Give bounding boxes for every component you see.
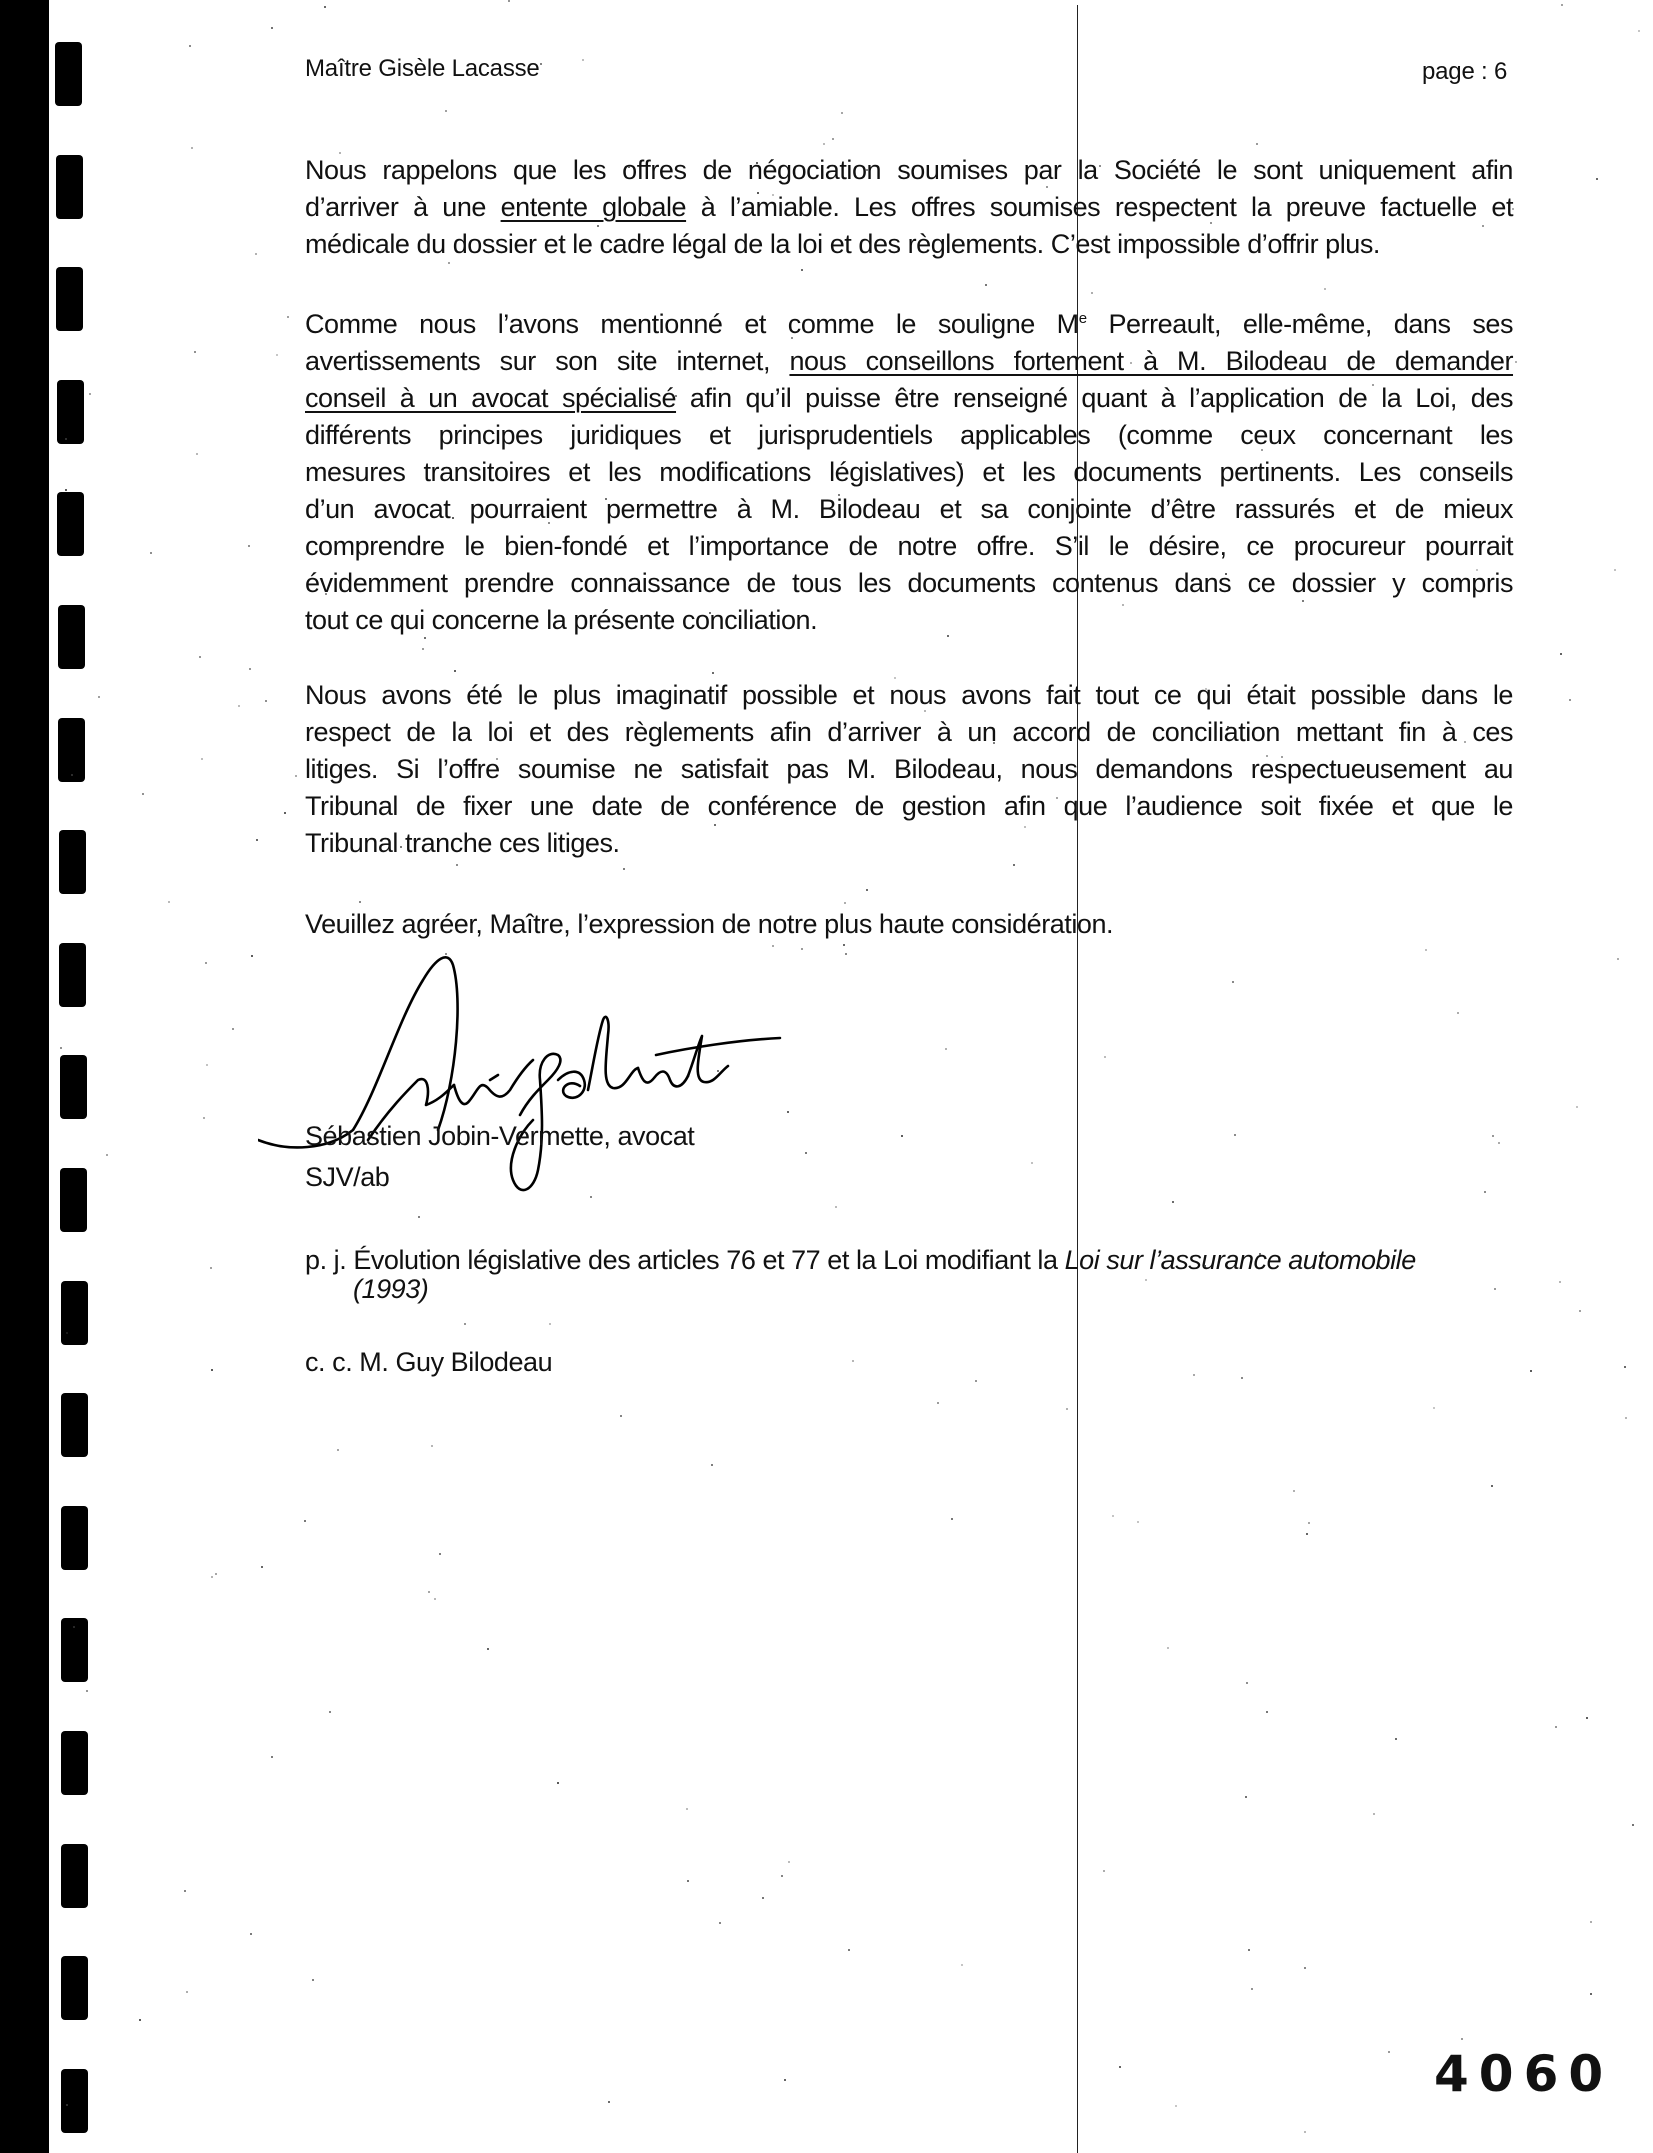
scan-speck	[1579, 1310, 1581, 1312]
scan-speck	[1560, 653, 1562, 655]
scan-speck	[184, 1890, 186, 1892]
scan-speck	[1324, 288, 1326, 290]
scan-speck	[1372, 384, 1374, 386]
scan-speck	[772, 945, 774, 947]
scan-speck	[329, 1711, 331, 1713]
scan-speck	[428, 1591, 430, 1593]
scan-speck	[951, 1518, 953, 1520]
scan-speck	[186, 1991, 188, 1993]
underlined-text: conseil à un avocat spécialisé	[305, 383, 676, 413]
scan-speck	[456, 864, 458, 866]
scan-speck	[712, 672, 714, 674]
scan-speck	[801, 948, 803, 950]
scan-speck	[201, 758, 203, 760]
binder-hole-mark	[61, 1393, 88, 1457]
scan-speck	[1515, 361, 1517, 363]
scan-speck	[1225, 573, 1227, 575]
scan-speck	[424, 637, 426, 639]
scan-speck	[1304, 1967, 1306, 1969]
binder-hole-mark	[57, 380, 84, 444]
scan-speck	[1167, 1647, 1169, 1649]
scan-speck	[1632, 1824, 1634, 1826]
scan-speck	[1617, 958, 1619, 960]
paragraph-line: mesures transitoires et les modification…	[305, 454, 1513, 491]
scan-speck	[443, 358, 445, 360]
scan-speck	[605, 498, 607, 500]
text-run: d’un avocat pourraient permettre à M. Bi…	[305, 494, 1513, 524]
scan-speck	[206, 1064, 208, 1066]
scan-speck	[168, 901, 170, 903]
carbon-copy: c. c. M. Guy Bilodeau	[305, 1344, 1513, 1381]
scan-speck	[439, 1553, 441, 1555]
scan-speck	[841, 112, 843, 114]
scan-speck	[304, 1520, 306, 1522]
scan-speck	[1013, 864, 1015, 866]
paragraph-line: Comme nous l’avons mentionné et comme le…	[305, 306, 1513, 343]
scan-speck	[1122, 768, 1124, 770]
scan-speck	[89, 393, 91, 395]
scan-speck	[838, 494, 840, 496]
enclosure-line: p. j. Évolution législative des articles…	[305, 1242, 1513, 1279]
scan-speck	[1031, 1162, 1033, 1164]
text-run: Tribunal de fixer une date de conférence…	[305, 791, 1513, 821]
scan-speck	[1614, 569, 1616, 571]
scan-speck	[1302, 600, 1304, 602]
scan-speck	[205, 962, 207, 964]
scan-speck	[431, 1445, 433, 1447]
scan-speck	[848, 1949, 850, 1951]
scan-speck	[1172, 1201, 1174, 1203]
signature-block: Sébastien Jobin-Vermette, avocat	[305, 1118, 1513, 1155]
scan-speck	[762, 1897, 764, 1899]
scan-speck	[189, 45, 191, 47]
superscript: e	[1079, 310, 1087, 327]
scan-speck	[548, 522, 550, 524]
scan-speck	[985, 284, 987, 286]
binder-hole-mark	[59, 943, 86, 1007]
scan-speck	[1494, 1288, 1496, 1290]
binder-hole-mark	[56, 155, 83, 219]
scan-speck	[1246, 1682, 1248, 1684]
scan-speck	[717, 1070, 719, 1072]
scan-speck	[324, 6, 326, 8]
scan-speck	[1425, 949, 1427, 951]
scan-speck	[1232, 981, 1234, 983]
scan-speck	[1281, 756, 1283, 758]
scan-speck	[98, 696, 100, 698]
scan-speck	[866, 169, 868, 171]
initials-block: SJV/ab	[305, 1159, 1513, 1196]
binder-hole-mark	[57, 492, 84, 556]
scan-speck	[709, 612, 711, 614]
paragraph-line: avertissements sur son site internet, no…	[305, 343, 1513, 380]
enclosure-block: p. j. Évolution législative des articles…	[305, 1242, 1513, 1308]
scan-speck	[1245, 1796, 1247, 1798]
reference-initials: SJV/ab	[305, 1159, 1513, 1196]
scan-speck	[844, 902, 846, 904]
scan-speck	[1227, 726, 1229, 728]
scan-speck	[487, 1648, 489, 1650]
closing-line: Veuillez agréer, Maître, l’expression de…	[305, 906, 1513, 943]
scan-speck	[196, 453, 198, 455]
scan-speck	[1372, 363, 1374, 365]
scan-speck	[711, 1464, 713, 1466]
scan-speck	[1046, 186, 1048, 188]
binder-hole-mark	[58, 605, 85, 669]
scan-speck	[795, 540, 797, 542]
scan-speck	[1256, 143, 1258, 145]
scan-speck	[1433, 1407, 1435, 1409]
scan-speck	[1205, 688, 1207, 690]
scan-speck	[400, 846, 402, 848]
scan-speck	[1261, 449, 1263, 451]
bates-stamp-number: 4060	[1434, 2045, 1613, 2103]
scan-speck	[1175, 2105, 1177, 2107]
binder-hole-mark	[61, 1844, 88, 1908]
scan-speck	[866, 889, 868, 891]
scan-speck	[508, 0, 510, 2]
scan-speck	[1304, 2131, 1306, 2133]
scan-speck	[540, 63, 542, 65]
scan-speck	[1569, 699, 1571, 701]
scan-speck	[1590, 1921, 1592, 1923]
text-run: à l’amiable. Les offres soumises respect…	[686, 192, 1513, 222]
scan-speck	[142, 793, 144, 795]
scan-speck	[832, 138, 834, 140]
scan-speck	[1457, 1012, 1459, 1014]
scan-speck	[1441, 466, 1443, 468]
scan-speck	[271, 27, 273, 29]
scan-speck	[1234, 1134, 1236, 1136]
binder-hole-mark	[61, 1731, 88, 1795]
paragraph-line: évidemment prendre connaissance de tous …	[305, 565, 1513, 602]
scan-speck	[823, 143, 825, 145]
scan-speck	[1373, 1813, 1375, 1815]
scan-speck	[251, 955, 253, 957]
scan-speck	[628, 166, 630, 168]
scan-speck	[781, 1875, 783, 1877]
text-run: litiges. Si l’offre soumise ne satisfait…	[305, 754, 1513, 784]
scan-speck	[238, 705, 240, 707]
scan-speck	[937, 1402, 939, 1404]
scan-speck	[325, 593, 327, 595]
scan-speck	[1119, 2066, 1121, 2068]
scan-speck	[1388, 2051, 1390, 2053]
scan-speck	[271, 1756, 273, 1758]
binder-hole-mark	[56, 267, 83, 331]
scan-speck	[772, 194, 774, 196]
scan-speck	[1395, 1738, 1397, 1740]
scan-speck	[714, 824, 716, 826]
header-recipient: Maître Gisèle Lacasse	[305, 55, 540, 83]
text-run: Tribunal tranche ces litiges.	[305, 828, 620, 858]
binder-hole-mark	[59, 830, 86, 894]
scan-speck	[250, 1933, 252, 1935]
scan-speck	[845, 953, 847, 955]
scan-speck	[608, 2101, 610, 2103]
text-run: Comme nous l’avons mentionné et comme le…	[305, 309, 1079, 339]
scan-speck	[86, 1690, 88, 1692]
scan-speck	[590, 1196, 592, 1198]
scan-speck	[418, 1216, 420, 1218]
paragraph-line: comprendre le bien-fondé et l’importance…	[305, 528, 1513, 565]
scan-speck	[73, 1626, 75, 1628]
text-run: avertissements sur son site internet,	[305, 346, 789, 376]
scan-speck	[1066, 1408, 1068, 1410]
scan-speck	[1293, 1490, 1295, 1492]
paragraph-3: Nous avons été le plus imaginatif possib…	[305, 677, 1513, 862]
text-run: évidemment prendre connaissance de tous …	[305, 568, 1513, 598]
scan-speck	[1530, 1370, 1532, 1372]
scan-speck	[801, 269, 803, 271]
scan-speck	[1561, 4, 1563, 6]
scan-speck	[1210, 222, 1212, 224]
binder-hole-mark	[55, 42, 82, 106]
scan-speck	[1091, 292, 1093, 294]
scan-speck	[1464, 741, 1466, 743]
paragraph-line: d’un avocat pourraient permettre à M. Bi…	[305, 491, 1513, 528]
scan-speck	[757, 192, 759, 194]
scan-speck	[993, 742, 995, 744]
scan-speck	[1491, 1485, 1493, 1487]
scan-speck	[1319, 734, 1321, 736]
scan-speck	[106, 1154, 108, 1156]
scan-speck	[791, 337, 793, 339]
scan-speck	[339, 152, 341, 154]
scan-speck	[894, 677, 896, 679]
scan-speck	[1638, 30, 1640, 32]
scan-speck	[1498, 1142, 1500, 1144]
scan-speck	[582, 59, 584, 61]
paragraph-line: Nous rappelons que les offres de négocia…	[305, 152, 1513, 189]
scan-speck	[496, 758, 498, 760]
binder-hole-mark	[61, 1506, 88, 1570]
scan-speck	[1624, 1366, 1626, 1368]
scan-speck	[60, 1047, 62, 1049]
scan-speck	[65, 489, 67, 491]
scan-speck	[65, 438, 67, 440]
scan-speck	[901, 1135, 903, 1137]
paragraph-line: respect de la loi et des règlements afin…	[305, 714, 1513, 751]
scan-speck	[719, 1922, 721, 1924]
paragraph-line: différents principes juridiques et juris…	[305, 417, 1513, 454]
paragraph-line: litiges. Si l’offre soumise ne satisfait…	[305, 751, 1513, 788]
scan-speck	[445, 953, 447, 955]
scan-speck	[947, 635, 949, 637]
scan-speck	[1248, 1949, 1250, 1951]
page-number: page : 6	[1422, 58, 1507, 86]
scan-speck	[597, 225, 599, 227]
scan-speck	[1056, 797, 1058, 799]
text-run: Perreault, elle-même, dans ses	[1087, 309, 1513, 339]
scan-speck	[1596, 178, 1598, 180]
scan-speck	[1576, 1106, 1578, 1108]
paragraph-line: conseil à un avocat spécialisé afin qu’i…	[305, 380, 1513, 417]
scan-speck	[1103, 1870, 1105, 1872]
paragraph-line: Tribunal tranche ces litiges.	[305, 825, 1513, 862]
binder-hole-mark	[61, 1956, 88, 2020]
scan-speck	[434, 1598, 436, 1600]
scan-speck	[689, 582, 691, 584]
scan-speck	[1122, 604, 1124, 606]
text-run: respect de la loi et des règlements afin…	[305, 717, 1513, 747]
paragraph-line: Tribunal de fixer une date de conférence…	[305, 788, 1513, 825]
scan-speck	[675, 395, 677, 397]
binder-hole-marks	[0, 0, 100, 2153]
paragraph-1: Nous rappelons que les offres de négocia…	[305, 152, 1513, 263]
scan-speck	[1130, 362, 1132, 364]
scan-speck	[961, 1964, 963, 1966]
scan-speck	[1482, 225, 1484, 227]
scan-speck	[1586, 1717, 1588, 1719]
scan-speck	[232, 1028, 234, 1030]
scan-speck	[756, 162, 758, 164]
scan-speck	[835, 1206, 837, 1208]
scan-speck	[945, 1048, 947, 1050]
scan-speck	[287, 316, 289, 318]
scan-speck	[1555, 1726, 1557, 1728]
scan-speck	[784, 2079, 786, 2081]
scan-speck	[445, 110, 447, 112]
scan-speck	[557, 1782, 559, 1784]
scan-speck	[413, 839, 415, 841]
cc-block: c. c. M. Guy Bilodeau	[305, 1344, 1513, 1381]
scan-speck	[210, 1267, 212, 1269]
paragraph-line: d’arriver à une entente globale à l’amia…	[305, 189, 1513, 226]
text-run: Nous avons été le plus imaginatif possib…	[305, 680, 1513, 710]
binder-hole-mark	[60, 1168, 87, 1232]
scan-speck	[139, 2019, 141, 2021]
scan-speck	[975, 1380, 977, 1382]
text-run: afin qu’il puisse être renseigné quant à…	[676, 383, 1513, 413]
enclosure-title: Loi sur l’assurance automobile	[1065, 1245, 1416, 1275]
text-run: médicale du dossier et le cadre légal de…	[305, 229, 1380, 259]
text-run: d’arriver à une	[305, 192, 501, 222]
scan-speck	[464, 1323, 466, 1325]
scan-speck	[788, 1861, 790, 1863]
scan-speck	[1492, 1135, 1494, 1137]
scan-speck	[1308, 1522, 1310, 1524]
underlined-text: nous conseillons fortement à M. Bilodeau…	[789, 346, 1513, 376]
paragraph-line: médicale du dossier et le cadre légal de…	[305, 226, 1513, 263]
scan-speck	[203, 1117, 205, 1119]
scan-speck	[805, 1152, 807, 1154]
scan-speck	[1266, 755, 1268, 757]
scan-speck	[194, 351, 196, 353]
scan-speck	[852, 1360, 854, 1362]
binder-hole-mark	[61, 2069, 88, 2133]
scan-speck	[359, 901, 361, 903]
paragraph-line: tout ce qui concerne la présente concili…	[305, 602, 1513, 639]
scan-speck	[1112, 1515, 1114, 1517]
scan-speck	[787, 1111, 789, 1113]
scan-speck	[1476, 569, 1478, 571]
scan-speck	[1251, 1988, 1253, 1990]
scan-speck	[1104, 1056, 1106, 1058]
scan-speck	[295, 775, 297, 777]
scan-speck	[1145, 1279, 1147, 1281]
scan-speck	[1512, 208, 1514, 210]
scan-speck	[1241, 1377, 1243, 1379]
scan-speck	[1024, 826, 1026, 828]
scan-speck	[276, 354, 278, 356]
scan-speck	[1137, 1521, 1139, 1523]
binder-hole-mark	[58, 718, 85, 782]
scan-speck	[312, 1979, 314, 1981]
scan-speck	[284, 812, 286, 814]
scan-speck	[191, 147, 193, 149]
scan-speck	[1625, 1417, 1627, 1419]
scan-speck	[337, 1449, 339, 1451]
scan-speck	[265, 700, 267, 702]
signatory-name: Sébastien Jobin-Vermette, avocat	[305, 1118, 1513, 1155]
scan-speck	[255, 253, 257, 255]
scan-speck	[448, 262, 450, 264]
text-run: différents principes juridiques et juris…	[305, 420, 1513, 450]
binder-hole-mark	[60, 1055, 87, 1119]
enclosure-year: (1993)	[353, 1274, 428, 1304]
underlined-text: entente globale	[501, 192, 686, 222]
scan-speck	[843, 944, 845, 946]
scan-speck	[150, 552, 152, 554]
scan-speck	[199, 656, 201, 658]
scan-speck	[256, 839, 258, 841]
scan-speck	[1306, 1533, 1308, 1535]
scan-speck	[211, 1369, 213, 1371]
scan-speck	[1590, 1993, 1592, 1995]
scan-speck	[422, 648, 424, 650]
scan-speck	[66, 1332, 68, 1334]
scan-speck	[620, 1415, 622, 1417]
scan-speck	[71, 774, 73, 776]
binder-hole-mark	[61, 1281, 88, 1345]
scan-speck	[754, 811, 756, 813]
scan-speck	[1193, 1374, 1195, 1376]
scan-speck	[211, 1576, 213, 1578]
scan-speck	[686, 1808, 688, 1810]
paragraph-line: Nous avons été le plus imaginatif possib…	[305, 677, 1513, 714]
scan-speck	[261, 1566, 263, 1568]
text-run: tout ce qui concerne la présente concili…	[305, 605, 817, 635]
scan-speck	[1099, 165, 1101, 167]
scan-speck	[960, 463, 962, 465]
scan-speck	[452, 517, 454, 519]
paragraph-2: Comme nous l’avons mentionné et comme le…	[305, 306, 1513, 639]
scan-speck	[1259, 1253, 1261, 1255]
scan-speck	[623, 868, 625, 870]
scan-speck	[1461, 2038, 1463, 2040]
scan-speck	[215, 1573, 217, 1575]
scan-speck	[1559, 1281, 1561, 1283]
scan-speck	[1204, 1265, 1206, 1267]
scan-speck	[924, 710, 926, 712]
scan-speck	[248, 545, 250, 547]
text-run: comprendre le bien-fondé et l’importance…	[305, 531, 1513, 561]
closing-text: Veuillez agréer, Maître, l’expression de…	[305, 906, 1513, 943]
scan-speck	[1484, 1191, 1486, 1193]
scan-speck	[1266, 1711, 1268, 1713]
scan-speck	[249, 668, 251, 670]
scan-speck	[549, 1323, 551, 1325]
scan-speck	[687, 1880, 689, 1882]
text-run: Nous rappelons que les offres de négocia…	[305, 155, 1513, 185]
text-run: mesures transitoires et les modification…	[305, 457, 1513, 487]
scan-speck	[66, 2104, 68, 2106]
scan-speck	[454, 670, 456, 672]
